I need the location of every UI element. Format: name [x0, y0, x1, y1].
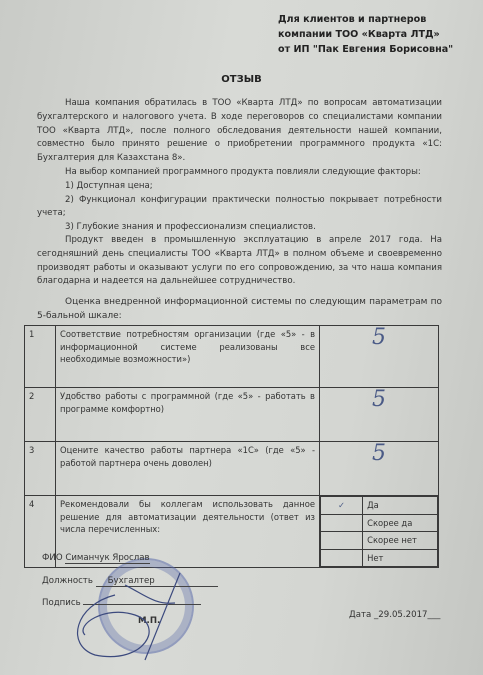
- handwritten-score: 5: [372, 332, 386, 345]
- option-label: Да: [363, 497, 438, 515]
- factor-item: 3) Глубокие знания и профессионализм спе…: [37, 221, 442, 235]
- option-row[interactable]: ✓ Да: [321, 497, 438, 515]
- row-score: 5: [320, 442, 439, 496]
- row-question: Оцените качество работы партнера «1С» (г…: [56, 442, 320, 496]
- option-row[interactable]: Скорее да: [321, 514, 438, 532]
- table-row: 1 Соответствие потребностям организации …: [25, 326, 439, 388]
- option-mark: [321, 549, 363, 567]
- fio-value: Симанчук Ярослав: [65, 553, 149, 564]
- option-label: Скорее нет: [363, 532, 438, 550]
- handwritten-score: 5: [372, 394, 386, 407]
- handwritten-score: 5: [372, 448, 386, 461]
- factor-item: 1) Доступная цена;: [37, 180, 442, 194]
- addressee-line: компании ТОО «Кварта ЛТД»: [278, 27, 453, 42]
- table-row: 3 Оцените качество работы партнера «1С» …: [25, 442, 439, 496]
- fio-field: ФИО Симанчук Ярослав: [42, 553, 150, 564]
- intro-paragraph: Наша компания обратилась в ТОО «Кварта Л…: [37, 97, 442, 166]
- addressee-line: от ИП "Пак Евгения Борисовна": [278, 42, 453, 57]
- factors-intro: На выбор компанией программного продукта…: [37, 166, 442, 180]
- addressee-line: Для клиентов и партнеров: [278, 12, 453, 27]
- row-number: 3: [25, 442, 56, 496]
- option-row[interactable]: Нет: [321, 549, 438, 567]
- document-title: ОТЗЫВ: [0, 74, 483, 85]
- handwritten-signature-icon: [55, 565, 195, 675]
- table-row: 2 Удобство работы с программной (где «5»…: [25, 388, 439, 442]
- options-table: ✓ Да Скорее да Скорее нет Нет: [320, 496, 438, 567]
- evaluation-intro: Оценка внедренной информационной системы…: [37, 296, 442, 324]
- row-score: 5: [320, 326, 439, 388]
- option-mark: [321, 532, 363, 550]
- row-question: Удобство работы с программной (где «5» -…: [56, 388, 320, 442]
- date-value: _29.05.2017___: [374, 610, 440, 620]
- option-label: Нет: [363, 549, 438, 567]
- factors-block: На выбор компанией программного продукта…: [37, 166, 442, 235]
- row-question: Соответствие потребностям организации (г…: [56, 326, 320, 388]
- answer-options: ✓ Да Скорее да Скорее нет Нет: [320, 496, 439, 568]
- fio-label: ФИО: [42, 553, 63, 563]
- option-mark: [321, 514, 363, 532]
- row-score: 5: [320, 388, 439, 442]
- date-label: Дата: [349, 610, 371, 620]
- factor-item: 2) Функционал конфигурации практически п…: [37, 194, 442, 222]
- result-paragraph: Продукт введен в промышленную эксплуатац…: [37, 234, 442, 289]
- addressee-block: Для клиентов и партнеров компании ТОО «К…: [278, 12, 453, 57]
- date-field: Дата _29.05.2017___: [349, 610, 440, 620]
- option-row[interactable]: Скорее нет: [321, 532, 438, 550]
- row-number: 2: [25, 388, 56, 442]
- option-label: Скорее да: [363, 514, 438, 532]
- check-icon: ✓: [321, 497, 363, 515]
- evaluation-table: 1 Соответствие потребностям организации …: [24, 325, 439, 568]
- row-number: 1: [25, 326, 56, 388]
